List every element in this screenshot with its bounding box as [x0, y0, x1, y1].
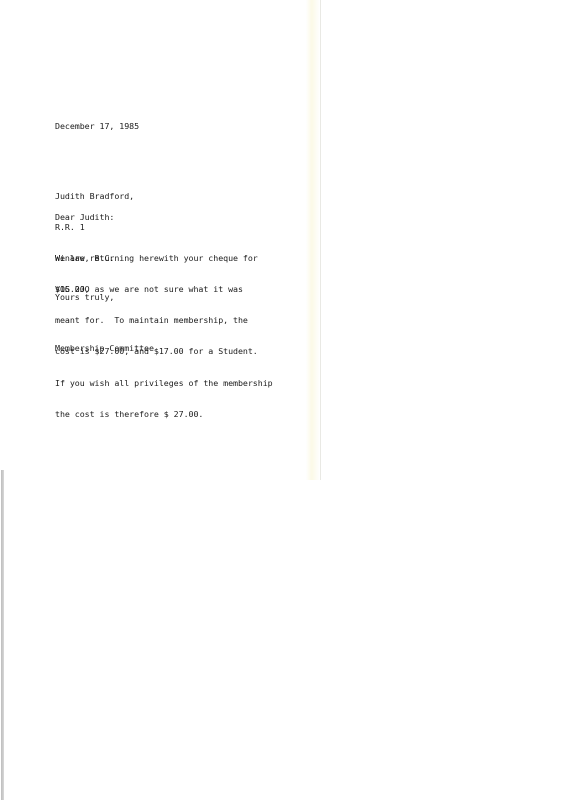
paper-edge — [306, 0, 321, 480]
scan-edge — [1, 470, 4, 800]
closing: Yours truly, — [55, 292, 114, 302]
body-line: the cost is therefore $ 27.00. — [55, 409, 273, 419]
body-line: We are returning herewith your cheque fo… — [55, 253, 273, 263]
letter-body: We are returning herewith your cheque fo… — [55, 232, 273, 440]
signature: Membership Committee — [55, 343, 154, 353]
body-line: If you wish all privileges of the member… — [55, 378, 273, 388]
address-line: R.R. 1 — [55, 222, 134, 232]
body-line: meant for. To maintain membership, the — [55, 315, 273, 325]
letter-page: December 17, 1985 Judith Bradford, R.R. … — [0, 0, 565, 800]
salutation: Dear Judith: — [55, 212, 114, 222]
letter-date: December 17, 1985 — [55, 121, 139, 131]
recipient-name: Judith Bradford, — [55, 191, 134, 201]
